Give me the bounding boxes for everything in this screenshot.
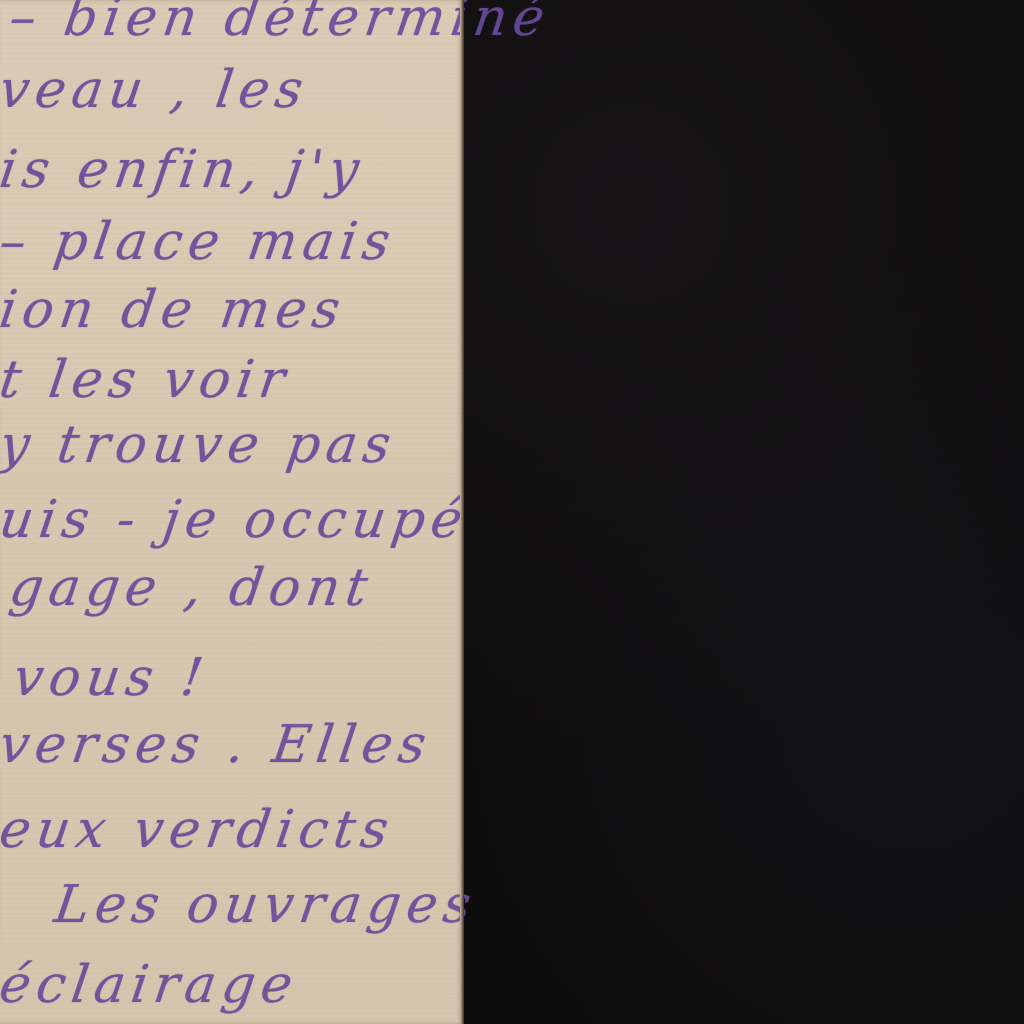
handwritten-line-2: veau , les [0, 60, 313, 120]
handwritten-line-7: y trouve pas [0, 415, 400, 475]
handwritten-line-8: uis - je occupé [0, 490, 472, 550]
handwritten-line-11: verses . Elles [0, 715, 436, 775]
page-edge [460, 0, 464, 1024]
handwritten-line-13: Les ouvrages [51, 875, 481, 935]
handwritten-line-4: – place mais [0, 212, 400, 272]
handwritten-line-14: éclairage [0, 955, 302, 1015]
handwritten-line-3: is enfin, j'y [0, 140, 369, 200]
dark-backdrop [463, 0, 1024, 1024]
handwritten-line-5: ion de mes [0, 280, 350, 340]
handwritten-line-12: eux verdicts [0, 800, 398, 860]
handwritten-line-6: t les voir [0, 350, 294, 410]
letter-page: – bien déterminé veau , les is enfin, j'… [0, 0, 463, 1024]
handwritten-line-1: – bien déterminé [6, 0, 554, 48]
handwritten-line-10: vous ! [10, 648, 213, 708]
handwritten-line-9: gage , dont [6, 558, 377, 618]
